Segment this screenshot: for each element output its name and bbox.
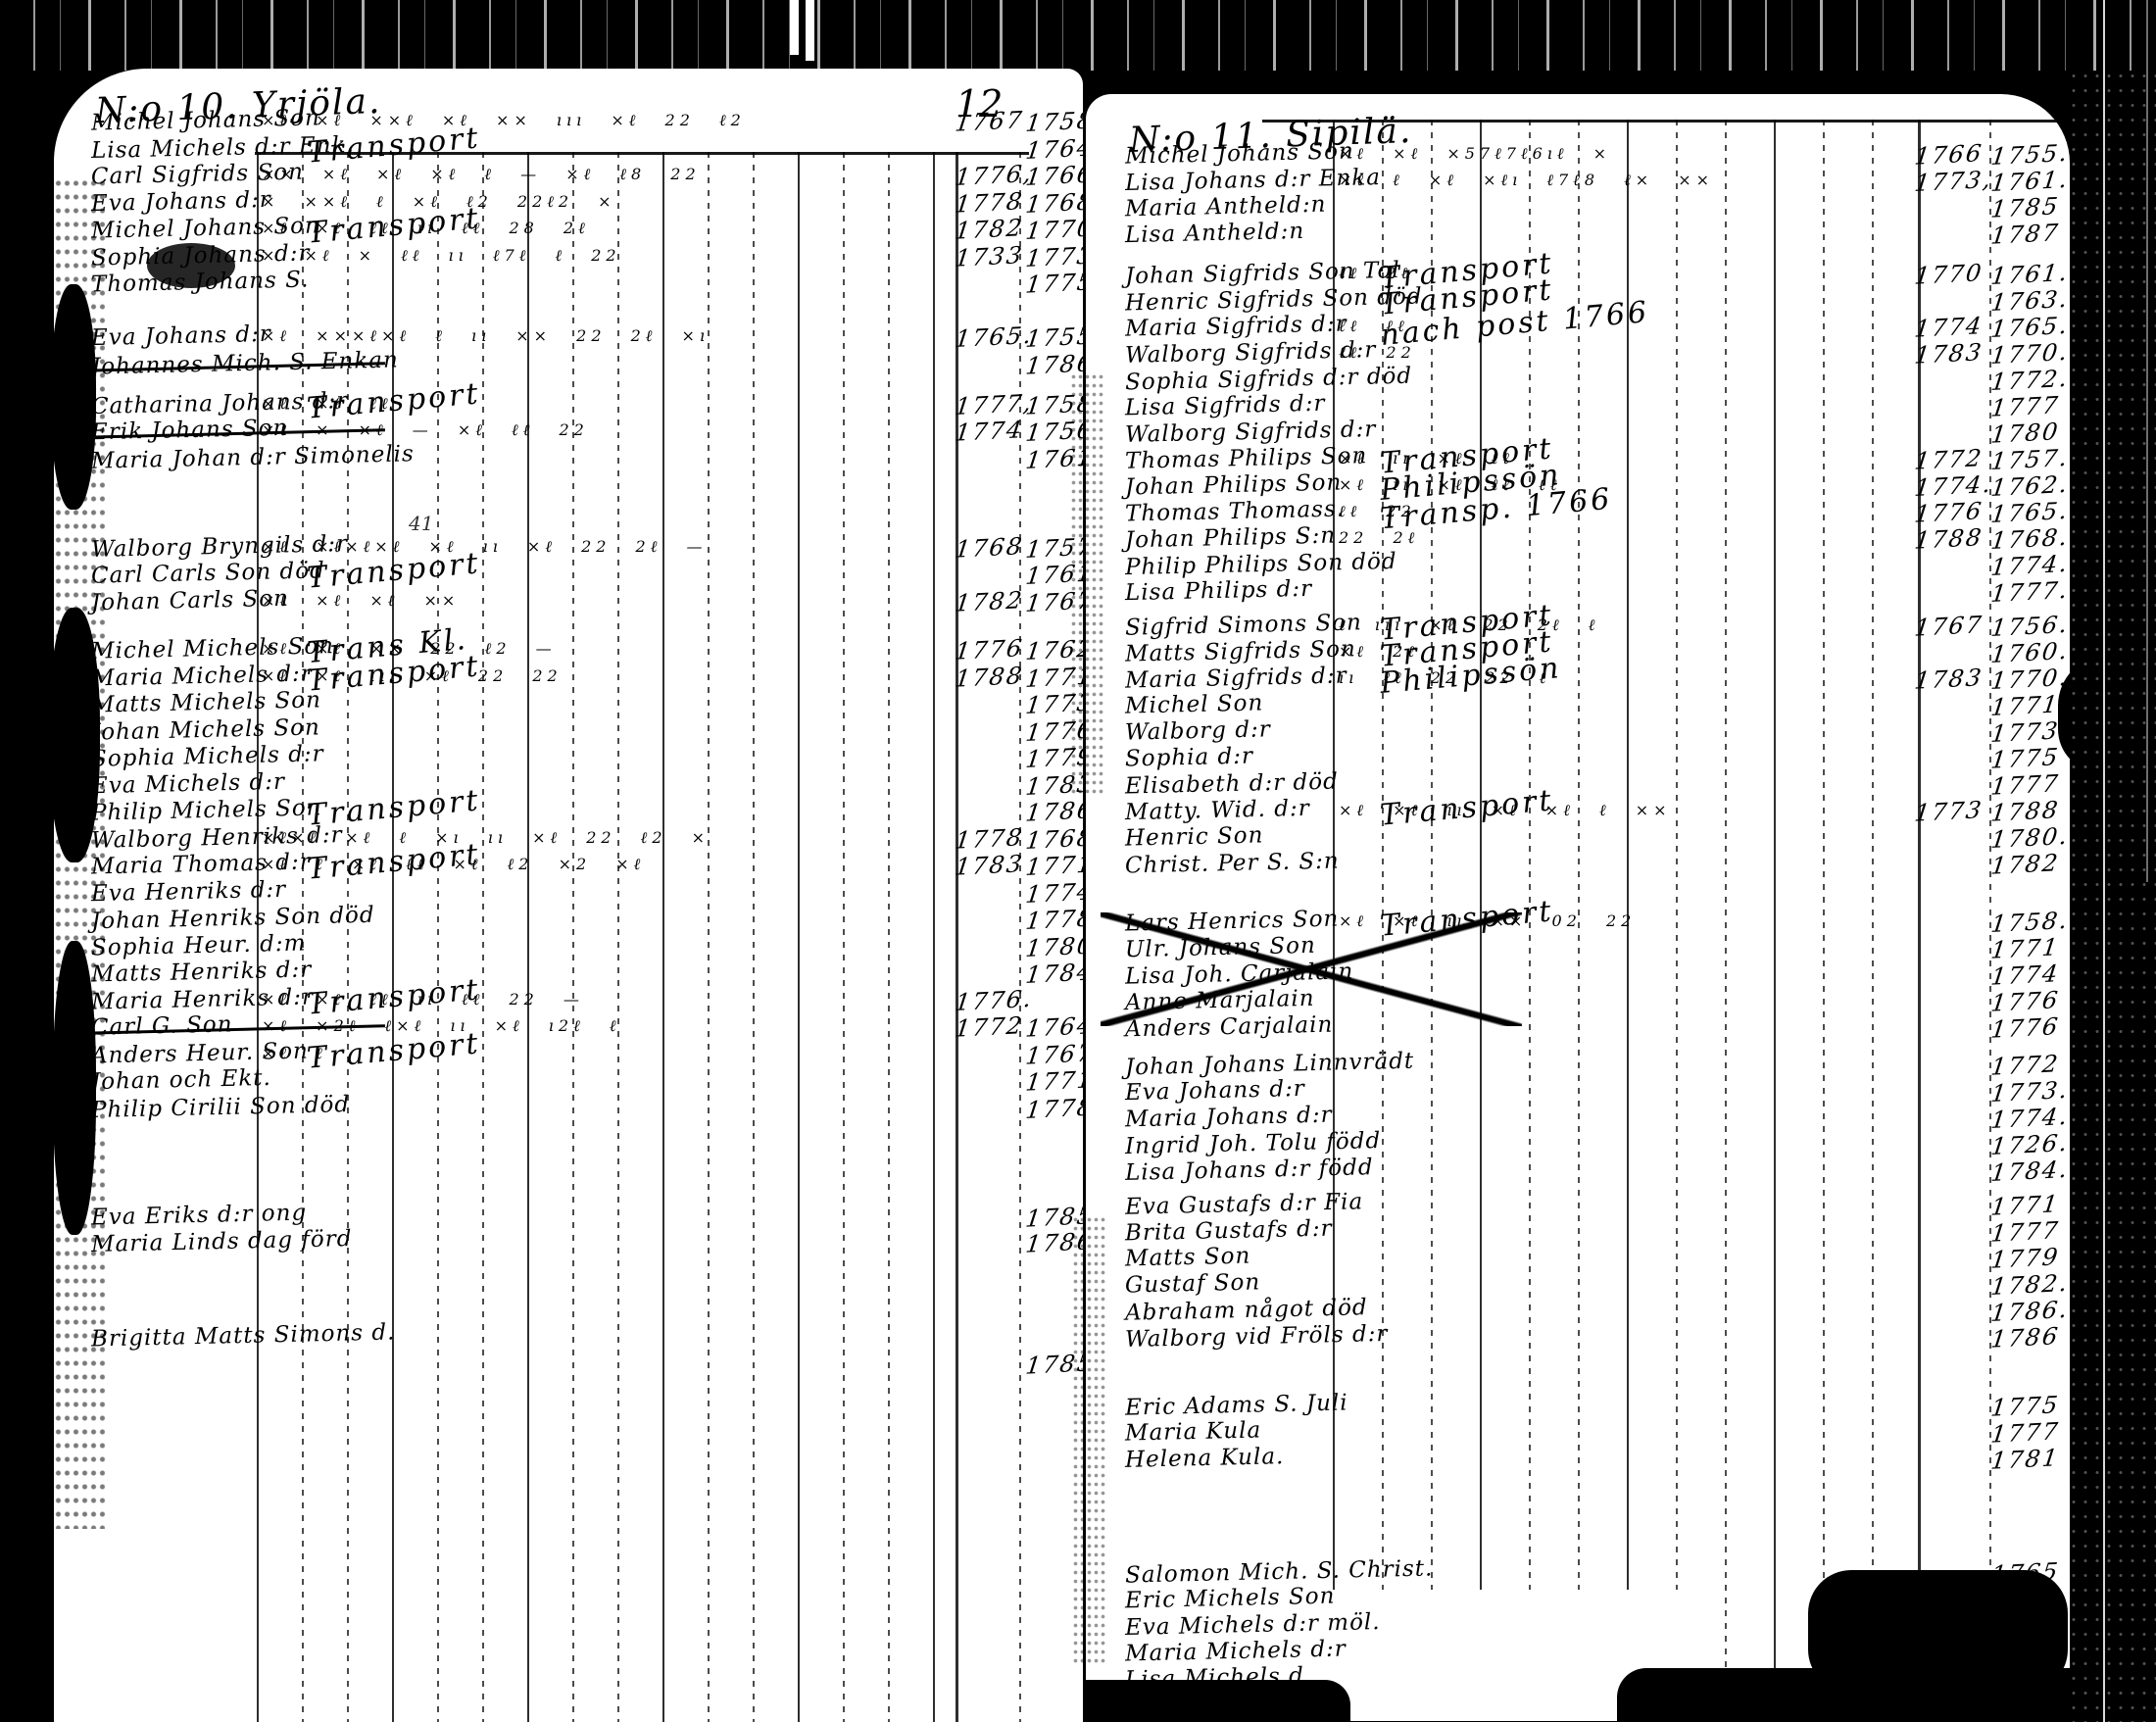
register-row: Philip Michels SonTransport1786	[54, 798, 1083, 825]
column-rule	[1431, 120, 1433, 1590]
household-block: Maria Henriks d:r×ℓ ×ℓ ℓℓ ıı ℓℓ 22 —Tran…	[54, 987, 1083, 1122]
entry-name: Maria Michels d:r	[1125, 1637, 1347, 1667]
entry-year-birth: 1777	[1989, 391, 2061, 422]
column-rule	[1333, 120, 1335, 1590]
entry-name: Lisa Sigfrids d:r	[1125, 390, 1326, 420]
entry-year-birth: 1787	[1989, 219, 2061, 250]
entry-name: Michel Johans Son	[1125, 138, 1354, 169]
column-rule	[1480, 120, 1482, 1590]
entry-name: Brigitta Matts Simons d.	[91, 1320, 396, 1353]
register-row: Anders Heur. Son×ℓ ℓTransport1767	[54, 1041, 1083, 1068]
entry-year-communion: 1770	[1913, 259, 1984, 290]
left-page: N:o 10. Yrjöla. 41 Michel Johans Son×ℓ ×…	[54, 69, 1083, 1722]
column-rule	[437, 152, 439, 1722]
entry-year-communion: 1778	[954, 823, 1025, 855]
entry-name: Matts Son	[1125, 1243, 1251, 1271]
entry-name: Philip Michels Son	[91, 795, 322, 825]
column-rule	[1019, 152, 1021, 1722]
entry-year-birth: 1777.	[1989, 575, 2071, 607]
entry-year-birth: 1780	[1989, 418, 2061, 449]
entry-year-birth: 1781	[1989, 1444, 2061, 1475]
entry-name: Eric Adams S. Juli	[1125, 1390, 1348, 1420]
entry-name: Sophia Sigfrids d:r död	[1125, 363, 1413, 395]
column-rule	[527, 152, 529, 1722]
scanned-register-spread: N:o 10. Yrjöla. 41 Michel Johans Son×ℓ ×…	[0, 0, 2156, 1722]
entry-name: Johan Michels Son	[91, 714, 320, 745]
register-row: Sophia Heur. d:m1780.	[54, 933, 1083, 960]
entry-name: Walborg Sigfrids d:r	[1125, 417, 1377, 448]
entry-name: Abraham något död	[1125, 1295, 1368, 1326]
register-row: Catharina Johans d:r×ℓ ×ℓ ℓℓTransport177…	[54, 391, 1083, 418]
spine-ink-blot	[53, 941, 96, 1235]
entry-name: Johan Philips S:n	[1125, 522, 1337, 553]
column-rule	[1774, 120, 1776, 1697]
household-block: Walborg Bryngils d:r×ℓ ×ℓ×ℓ×ℓ ×ℓ ıı ×ℓ 2…	[54, 534, 1083, 615]
register-row: Eva Eriks d:r ong1785 ½	[54, 1203, 1083, 1230]
column-rule	[708, 152, 710, 1722]
column-rule	[1725, 120, 1727, 1697]
entry-year-communion: 1783	[954, 850, 1025, 881]
register-row: Sophia Michels d:r1779.	[54, 744, 1083, 771]
register-row: Maria Thomas d:r×ℓ ℓ ×ℓ ℓℓ ×ℓ ℓ2 ×2 ×ℓTr…	[54, 852, 1083, 879]
register-row: Carl G. Son×ℓ ×2ℓ ℓ×ℓ ıı ×ℓ ı2ℓ ℓ1772176…	[54, 1013, 1083, 1041]
entry-name: Walborg vid Fröls d:r	[1125, 1321, 1389, 1353]
header-rule	[255, 152, 1029, 155]
register-row: Michel Michels Son×ℓ ×ℓ ×× 22 ℓ2 —Trans …	[54, 636, 1083, 664]
entry-name: Maria Antheld:n	[1125, 192, 1327, 222]
entry-name: Michel Son	[1125, 690, 1264, 718]
entry-name: Thomas Thomass.	[1125, 496, 1346, 526]
column-rule	[1578, 120, 1580, 1590]
entry-year-communion: 1776,	[954, 160, 1035, 191]
household-block: Brigitta Matts Simons d.1785	[54, 1323, 1083, 1377]
spine-ink-blot	[49, 608, 100, 862]
entry-name: Anne Marjalain	[1125, 986, 1315, 1015]
entry-year-communion: 1774	[1913, 312, 1984, 343]
entry-name: Lars Henrics Son	[1125, 907, 1340, 937]
entry-year-communion: 1733	[954, 241, 1025, 272]
register-row: Michel Johans Son×ℓ ×ℓ ℓℓ ıı ℓℓ 28 2ℓTra…	[54, 216, 1083, 243]
household-block: Catharina Johans d:r×ℓ ×ℓ ℓℓTransport177…	[54, 391, 1083, 472]
register-row: Maria Michels d:r×ℓ ×ℓ ııı ×ℓ 22 22Trans…	[54, 664, 1083, 691]
entry-name: Eva Johans d:r	[91, 321, 271, 351]
communion-marks: ×× ×ℓ ×ℓ ×ℓ ℓ — ×ℓ ℓ8 22	[262, 165, 701, 184]
register-row: 1785	[54, 1351, 1083, 1378]
page-number: 12	[955, 82, 1003, 125]
household-block: Eva Eriks d:r ong1785 ½Maria Linds dag f…	[54, 1203, 1083, 1256]
entry-name: Carl Carls Son död	[91, 558, 325, 588]
entry-name: Lisa Johans d:r född	[1125, 1155, 1374, 1186]
entry-year-birth: 1782	[1989, 849, 2061, 880]
entry-name: Brita Gustafs d:r	[1125, 1215, 1333, 1246]
entry-name: Maria Johan d:r Simonelis	[91, 441, 415, 473]
entry-year-communion: 1783	[1913, 664, 1984, 695]
communion-marks: ×ℓ×ℓ ×ℓ ℓ ×ı ıı ×ℓ 22 ℓ2 ×	[262, 828, 710, 848]
entry-year-communion: 1788	[954, 662, 1025, 693]
entry-name: Sigfrid Simons Son	[1125, 610, 1362, 640]
register-row: Johan Carls Son×ℓ ×ℓ ×ℓ ××17821767.	[54, 588, 1083, 615]
entry-name: Erik Johans Son	[91, 416, 289, 446]
entry-name: Sophia Michels d:r	[91, 741, 324, 771]
entry-name: Eva Johans d:r	[91, 186, 271, 216]
column-rule	[617, 152, 619, 1722]
entry-name: Maria Kula	[1125, 1417, 1262, 1446]
communion-marks: 22 2ℓ	[1339, 528, 1419, 548]
column-rule	[302, 152, 304, 1722]
entry-year-communion: 1772	[954, 1011, 1025, 1043]
column-rule	[955, 152, 958, 1722]
entry-name: Ulr. Jöhans Son	[1125, 933, 1316, 962]
entry-name: Maria Sigfrids d:r	[1125, 311, 1347, 341]
register-row: Michel Johans Son×ℓ ×ℓ ××ℓ ×ℓ ×× ııı ×ℓ …	[54, 108, 1083, 135]
register-row: Walborg Bryngils d:r×ℓ ×ℓ×ℓ×ℓ ×ℓ ıı ×ℓ 2…	[54, 534, 1083, 562]
column-rule	[392, 152, 394, 1722]
entry-name: Matts Michels Son	[91, 687, 321, 717]
entry-year-communion: 1788	[1913, 523, 1984, 555]
header-rule	[1262, 120, 2066, 123]
register-row: Lisa Michels d:r Enk.Transport1764.	[54, 135, 1083, 163]
register-row: Carl Carls Son dödTransport1761.	[54, 561, 1083, 588]
entry-name: Salomon Mich. S. Christ.	[1125, 1556, 1434, 1589]
entry-name: Johan Carls Son	[91, 585, 289, 615]
entry-name: Matts Henriks d:r	[91, 957, 313, 987]
register-row: Eva Michels d:r1783.	[54, 771, 1083, 799]
column-rule	[662, 152, 664, 1722]
entry-name: Eva Eriks d:r ong	[91, 1200, 308, 1230]
entry-name: Lisa Joh. Carjalain	[1125, 959, 1354, 989]
entry-year-birth: 1775	[1989, 743, 2061, 774]
register-row: Philip Cirilii Son död1778.	[54, 1095, 1083, 1122]
column-rule	[933, 152, 935, 1722]
entry-name: Philip Philips Son död	[1125, 548, 1397, 579]
entry-year-communion: 1765.	[954, 321, 1035, 353]
entry-name: Maria Sigfrids d:r	[1125, 663, 1347, 693]
entry-name: Johan Henriks Son död	[91, 903, 375, 935]
column-rule	[1627, 120, 1629, 1590]
register-row: Carl Sigfrids Son×× ×ℓ ×ℓ ×ℓ ℓ — ×ℓ ℓ8 2…	[54, 162, 1083, 189]
scan-edge-line	[2103, 0, 2105, 1722]
entry-year-communion: 1773,	[1913, 166, 1994, 197]
household-block: Michel Michels Son×ℓ ×ℓ ×× 22 ℓ2 —Trans …	[54, 636, 1083, 825]
entry-name: Maria Johans d:r	[1125, 1102, 1333, 1132]
entry-name: Lisa Philips d:r	[1125, 575, 1313, 605]
register-row: Johan och Ekt.1771	[54, 1067, 1083, 1095]
entry-year-communion: 1783	[1913, 338, 1984, 369]
entry-year-communion: 1768	[954, 532, 1025, 564]
register-row: Eva Johans d:r×ℓ ×××ℓ×ℓ ℓ ıı ×× 22 2ℓ ×ı…	[54, 323, 1083, 351]
entry-year-birth: 1776	[1989, 1012, 2061, 1044]
register-row: Eva Johans d:r× ××ℓ ℓ ×ℓ ℓ2 22ℓ2 ×177817…	[54, 189, 1083, 217]
entry-name: Christ. Per S. S:n	[1125, 848, 1340, 878]
register-row: Matts Michels Son1773.	[54, 690, 1083, 717]
entry-year-birth: 1772	[1989, 1050, 2061, 1081]
entry-name: Johan Philips Son	[1125, 469, 1343, 500]
entry-year-birth: 1786	[1989, 1322, 2061, 1353]
communion-marks: × ×ℓ × ℓℓ ıı ℓ7ℓ ℓ 22	[262, 246, 621, 266]
entry-name: Henric Son	[1125, 822, 1264, 851]
gutter-noise	[1070, 372, 1103, 794]
right-page: N:o 11. Sipilä. Michel Johans Son×ℓ ×ℓ ×…	[1086, 94, 2070, 1721]
column-rule	[572, 152, 574, 1722]
household-block: Walborg Henriks d:r×ℓ×ℓ ×ℓ ℓ ×ı ıı ×ℓ 22…	[54, 825, 1083, 987]
column-rule	[1918, 120, 1921, 1697]
column-rule	[888, 152, 890, 1722]
communion-marks: ×ℓ ×××ℓ×ℓ ℓ ıı ×× 22 2ℓ ×ı	[262, 326, 710, 346]
register-row: Johan Michels Son1776.	[54, 717, 1083, 745]
communion-marks: ×ℓ × ×ℓ — ×ℓ ℓℓ 22	[262, 420, 589, 440]
gutter-noise	[1072, 1215, 1105, 1666]
register-row: Johannes Mich. S. Enkan1786	[54, 351, 1083, 378]
scan-streak-mark	[790, 0, 799, 55]
entry-name: Johan Johans Linnvrädt	[1125, 1048, 1415, 1080]
scan-streak-mark	[806, 0, 814, 61]
spine-ink-blot	[51, 284, 96, 510]
entry-year-birth: 1788	[1989, 796, 2061, 827]
entry-name: Lisa Antheld:n	[1125, 219, 1305, 248]
entry-year-communion: 1778	[954, 187, 1025, 219]
household-block: Eva Johans d:r×ℓ ×××ℓ×ℓ ℓ ıı ×× 22 2ℓ ×ı…	[54, 323, 1083, 377]
scan-shadow-strip	[1086, 1680, 1350, 1722]
entry-name: Maria Linds dag förd	[91, 1226, 353, 1257]
entry-name: Sophia d:r	[1125, 743, 1254, 771]
entry-name: Matts Sigfrids Son	[1125, 636, 1356, 666]
entry-name: Matty. Wid. d:r	[1125, 795, 1310, 824]
entry-name: Elisabeth d:r död	[1125, 768, 1339, 799]
entry-year-birth: 1784.	[1989, 1156, 2071, 1187]
register-row: Maria Henriks d:r×ℓ ×ℓ ℓℓ ıı ℓℓ 22 —Tran…	[54, 987, 1083, 1014]
column-rule	[1676, 120, 1678, 1590]
column-rule	[1382, 120, 1384, 1590]
communion-marks: ℓℓ 22	[1339, 343, 1416, 363]
entry-year-communion: 1772	[1913, 444, 1984, 475]
entry-year-communion: 1776	[954, 634, 1025, 665]
entry-name: Walborg d:r	[1125, 716, 1271, 745]
column-rule	[1529, 120, 1531, 1590]
entry-name: Sophia Heur. d:m	[91, 930, 307, 960]
register-row: Maria Linds dag förd1786	[54, 1229, 1083, 1256]
entry-name: Thomas Philips Son	[1125, 443, 1368, 474]
column-rule	[798, 152, 800, 1722]
scan-top-edge-streaks	[0, 0, 2156, 71]
scan-edge-line	[2146, 0, 2148, 882]
column-rule	[482, 152, 484, 1722]
communion-marks: ×ℓ ×ℓ ××ℓ ×ℓ ×× ııı ×ℓ 22 ℓ2	[262, 111, 746, 130]
column-rule	[347, 152, 349, 1722]
column-rule	[1823, 120, 1825, 1697]
communion-marks: ×ℓ ×ℓ×ℓ×ℓ ×ℓ ıı ×ℓ 22 2ℓ —	[262, 537, 707, 557]
register-row: Walborg Henriks d:r×ℓ×ℓ ×ℓ ℓ ×ı ıı ×ℓ 22…	[54, 825, 1083, 853]
entry-year-communion: 1767	[1913, 611, 1984, 642]
right-band-speckle	[2068, 69, 2156, 1722]
entry-year-birth: 1777	[1989, 769, 2061, 801]
entry-name: Anders Carjalain	[1125, 1012, 1334, 1043]
register-row: Erik Johans Son×ℓ × ×ℓ — ×ℓ ℓℓ 221774175…	[54, 418, 1083, 445]
register-row: Johan Henriks Son död1778.	[54, 906, 1083, 933]
column-rule	[1872, 120, 1874, 1697]
entry-year-communion: 1776	[1913, 497, 1984, 528]
communion-marks: ×ℓ ×ℓ ×ℓ ××	[262, 591, 460, 611]
column-rule	[843, 152, 845, 1722]
entry-name: Helena Kula.	[1125, 1444, 1285, 1473]
entry-year-communion: 1773	[1913, 796, 1984, 827]
left-page-entries: Michel Johans Son×ℓ ×ℓ ××ℓ ×ℓ ×× ııı ×ℓ …	[54, 108, 1083, 1377]
entry-name: Eric Michels Son	[1125, 1584, 1336, 1614]
register-row: Matts Henriks d:r1784.	[54, 959, 1083, 987]
register-row: Maria Johan d:r Simonelis1761.	[54, 445, 1083, 472]
entry-year-communion: 1774	[954, 416, 1025, 447]
entry-year-communion: 1782	[954, 214, 1025, 245]
entry-name: Philip Cirilii Son död	[91, 1092, 351, 1123]
entry-year-birth: 1779	[1989, 1243, 2061, 1274]
entry-name: Eva Johans d:r	[1125, 1076, 1305, 1106]
entry-name: Gustaf Son	[1125, 1269, 1261, 1298]
entry-name: Carl G. Son	[91, 1011, 233, 1040]
entry-year-communion: 1782	[954, 586, 1025, 617]
register-row: Eva Henriks d:r1774.	[54, 879, 1083, 907]
communion-marks: ×ℓ ×ℓ ×57ℓ7ℓ6ıℓ ×	[1339, 144, 1611, 164]
entry-name: Johan och Ekt.	[91, 1065, 271, 1095]
communion-marks: ×ℓ ℓ ×ℓ ×ℓı ℓ7ℓ8 ℓ× ××	[1339, 171, 1714, 190]
register-row: Brigitta Matts Simons d.	[54, 1323, 1083, 1351]
column-rule	[257, 152, 259, 1722]
column-rule	[753, 152, 755, 1722]
column-rule	[1989, 120, 1991, 1648]
ink-smudge	[147, 243, 235, 288]
entry-name: Johannes Mich. S. Enkan	[91, 347, 399, 379]
